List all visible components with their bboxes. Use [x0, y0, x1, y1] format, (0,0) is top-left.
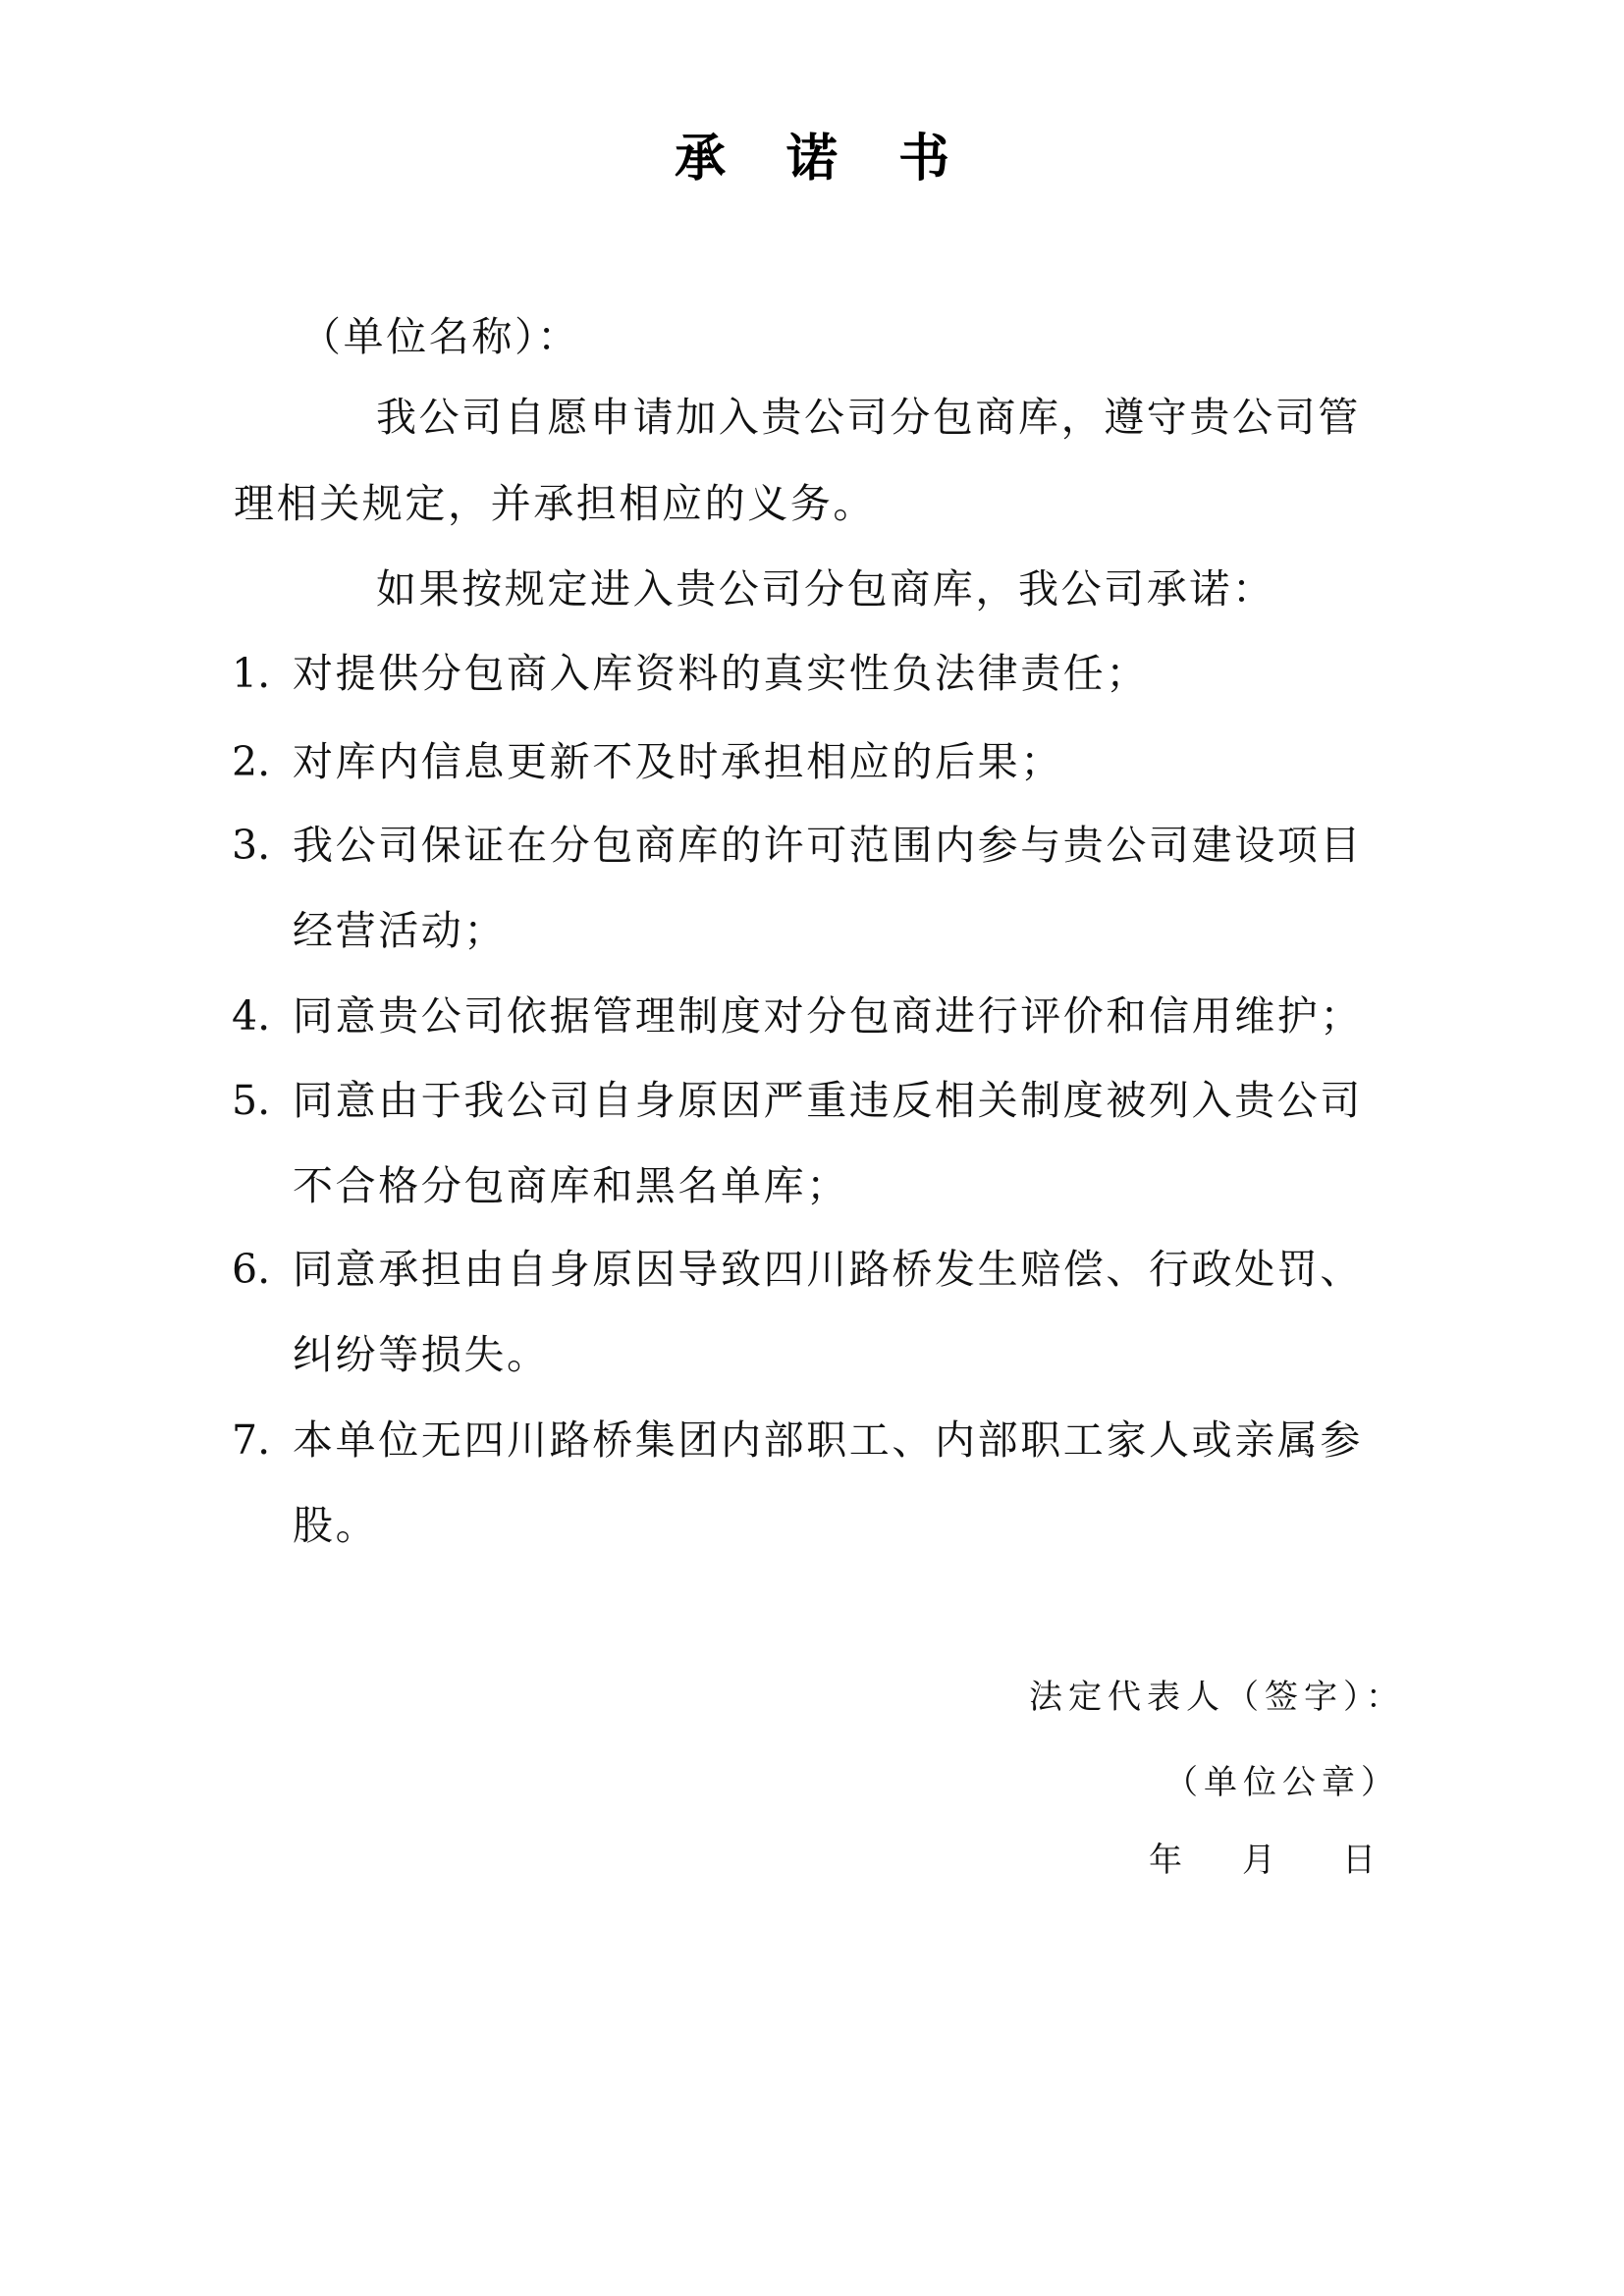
intro-paragraph-line-2: 理相关规定，并承担相应的义务。 — [234, 477, 876, 530]
item-text: 对库内信息更新不及时承担相应的后果； — [293, 738, 1063, 785]
commitment-item-1: 1.对提供分包商入库资料的真实性负法律责任； — [232, 647, 1149, 700]
item-number: 4. — [232, 989, 293, 1042]
commitment-item-4: 4.同意贵公司依据管理制度对分包商进行评价和信用维护； — [232, 989, 1363, 1042]
date-day-label: 日 — [1342, 1839, 1376, 1882]
item-text: 本单位无四川路桥集团内部职工、内部职工家人或亲属参 — [293, 1416, 1363, 1464]
company-seal-line: （单位公章） — [1164, 1761, 1400, 1804]
date-year-label: 年 — [1149, 1839, 1182, 1882]
commitment-item-7-continuation: 股。 — [293, 1499, 378, 1552]
commitment-item-7: 7.本单位无四川路桥集团内部职工、内部职工家人或亲属参 — [232, 1414, 1363, 1467]
date-month-label: 月 — [1242, 1839, 1275, 1882]
commitment-item-5-continuation: 不合格分包商库和黑名单库； — [293, 1159, 849, 1212]
legal-representative-signature-line: 法定代表人（签字）： — [1029, 1676, 1405, 1719]
item-text: 对提供分包商入库资料的真实性负法律责任； — [293, 650, 1149, 697]
item-number: 3. — [232, 819, 293, 872]
item-number: 6. — [232, 1243, 293, 1296]
item-number: 2. — [232, 735, 293, 788]
document-title: 承诺书 — [0, 126, 1624, 192]
item-number: 7. — [232, 1414, 293, 1467]
commitment-item-5: 5.同意由于我公司自身原因严重违反相关制度被列入贵公司 — [232, 1074, 1363, 1127]
item-text: 我公司保证在分包商库的许可范围内参与贵公司建设项目 — [293, 822, 1363, 869]
item-number: 5. — [232, 1074, 293, 1127]
document-page: 承诺书 （单位名称）： 我公司自愿申请加入贵公司分包商库，遵守贵公司管 理相关规… — [0, 0, 1624, 2296]
item-text: 同意承担由自身原因导致四川路桥发生赔偿、行政处罚、 — [293, 1246, 1363, 1293]
commitment-item-6: 6.同意承担由自身原因导致四川路桥发生赔偿、行政处罚、 — [232, 1243, 1363, 1296]
item-text: 同意贵公司依据管理制度对分包商进行评价和信用维护； — [293, 992, 1363, 1040]
commitment-item-3-continuation: 经营活动； — [293, 904, 507, 957]
item-number: 1. — [232, 647, 293, 700]
commitment-item-6-continuation: 纠纷等损失。 — [293, 1328, 550, 1381]
item-text: 同意由于我公司自身原因严重违反相关制度被列入贵公司 — [293, 1077, 1363, 1124]
commitment-item-2: 2.对库内信息更新不及时承担相应的后果； — [232, 735, 1063, 788]
addressee-line: （单位名称）： — [300, 310, 580, 363]
intro-paragraph-line-1: 我公司自愿申请加入贵公司分包商库，遵守贵公司管 — [376, 391, 1361, 444]
commitment-lead-line: 如果按规定进入贵公司分包商库，我公司承诺： — [376, 562, 1275, 615]
commitment-item-3: 3.我公司保证在分包商库的许可范围内参与贵公司建设项目 — [232, 819, 1363, 872]
